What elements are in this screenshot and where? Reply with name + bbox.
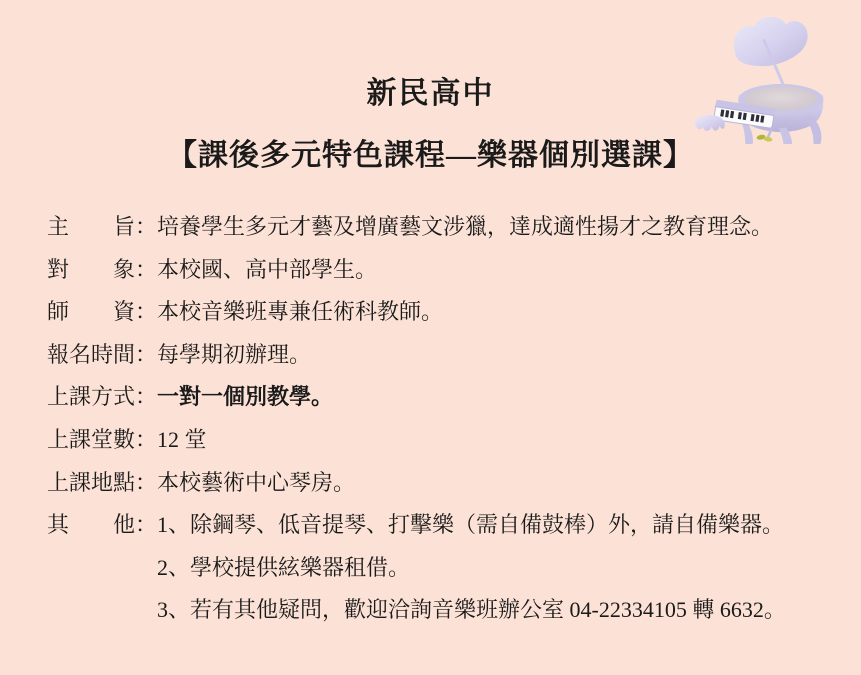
field-label: 上課堂數	[47, 419, 135, 462]
document-page: 新民高中 【課後多元特色課程—樂器個別選課】 主 旨：培養學生多元才藝及增廣藝文…	[0, 0, 861, 675]
field-label: 報名時間	[47, 334, 135, 377]
field-colon: ：	[135, 384, 157, 409]
field-value: 3、若有其他疑問，歡迎洽詢音樂班辦公室 04-22334105 轉 6632。	[157, 597, 786, 622]
field-colon: ：	[135, 257, 157, 282]
field-row-teaching-method: 上課方式：一對一個別教學。	[47, 376, 837, 419]
field-label: 主 旨	[47, 206, 135, 249]
grand-piano-icon	[689, 10, 847, 144]
field-row-others-item1: 其 他：1、除鋼琴、低音提琴、打擊樂（需自備鼓棒）外，請自備樂器。	[47, 504, 837, 547]
field-colon: ：	[135, 427, 157, 452]
field-value: 本校國、高中部學生。	[157, 257, 377, 282]
field-label: 上課方式	[47, 376, 135, 419]
field-value: 本校音樂班專兼任術科教師。	[157, 299, 443, 324]
field-value: 1、除鋼琴、低音提琴、打擊樂（需自備鼓棒）外，請自備樂器。	[157, 512, 784, 537]
field-row-purpose: 主 旨：培養學生多元才藝及增廣藝文涉獵，達成適性揚才之教育理念。	[47, 206, 837, 249]
field-label: 其 他	[47, 504, 135, 547]
field-value: 本校藝術中心琴房。	[157, 470, 355, 495]
field-label: 上課地點	[47, 462, 135, 505]
field-colon: ：	[135, 512, 157, 537]
field-row-lesson-count: 上課堂數：12 堂	[47, 419, 837, 462]
field-row-others-item2: 2、學校提供絃樂器租借。	[47, 547, 837, 590]
field-colon: ：	[135, 342, 157, 367]
field-row-registration-time: 報名時間：每學期初辦理。	[47, 334, 837, 377]
field-colon: ：	[135, 470, 157, 495]
field-colon: ：	[135, 299, 157, 324]
field-row-audience: 對 象：本校國、高中部學生。	[47, 249, 837, 292]
document-body: 主 旨：培養學生多元才藝及增廣藝文涉獵，達成適性揚才之教育理念。 對 象：本校國…	[47, 206, 837, 632]
field-value: 每學期初辦理。	[157, 342, 311, 367]
field-value: 培養學生多元才藝及增廣藝文涉獵，達成適性揚才之教育理念。	[157, 214, 773, 239]
field-row-others-item3: 3、若有其他疑問，歡迎洽詢音樂班辦公室 04-22334105 轉 6632。	[47, 589, 837, 632]
field-row-teachers: 師 資：本校音樂班專兼任術科教師。	[47, 291, 837, 334]
field-value: 一對一個別教學。	[157, 384, 333, 409]
field-label: 對 象	[47, 249, 135, 292]
piano-leg-right	[805, 116, 822, 144]
field-colon: ：	[135, 214, 157, 239]
field-row-location: 上課地點：本校藝術中心琴房。	[47, 462, 837, 505]
field-value: 2、學校提供絃樂器租借。	[157, 555, 410, 580]
field-label: 師 資	[47, 291, 135, 334]
field-value: 12 堂	[157, 427, 207, 452]
